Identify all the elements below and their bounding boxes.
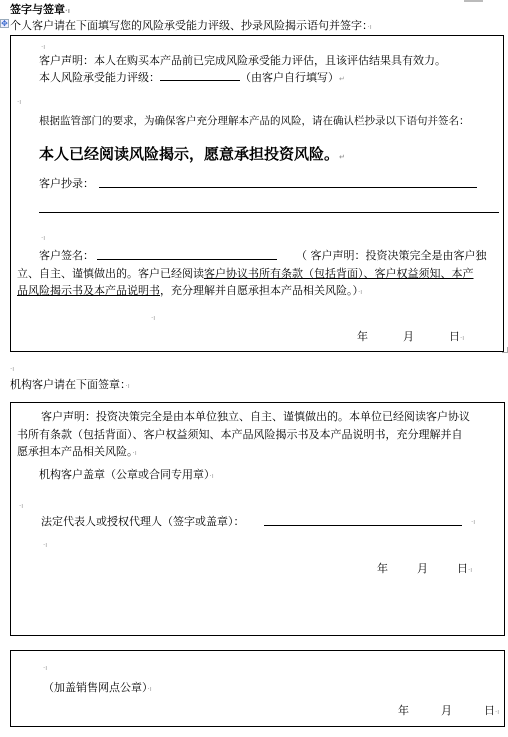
- institution-intro: 机构客户请在下面签章：·ı: [10, 377, 130, 394]
- institution-statement-line-1: 客户声明：投资决策完全是由本单位独立、自主、谨慎做出的。本单位已经阅读客户协议: [41, 409, 470, 424]
- personal-signature-box: ·ı 客户声明：本人在购买本产品前已完成风险承受能力评估，且该评估结果具有效力。…: [10, 35, 504, 352]
- date-year: 年: [357, 329, 368, 344]
- declaration-line-2: 立、自主、谨慎做出的。客户已经阅读客户协议书所有条款（包括背面）、客户权益须知、…: [17, 266, 474, 281]
- copy-field-line-1[interactable]: [99, 187, 477, 188]
- institution-seal-label: 机构客户盖章（公章或合同专用章）·ı: [39, 467, 214, 484]
- date-day: 日·ı: [457, 561, 472, 578]
- para-mark: ·ı: [19, 499, 23, 514]
- declaration-line-3: 品风险揭示书及本产品说明书，充分理解并自愿承担本产品相关风险。）·ı: [17, 283, 362, 300]
- copy-instruction: 根据监管部门的要求，为确保客户充分理解本产品的风险，请在确认栏抄录以下语句并签名…: [39, 114, 470, 129]
- date-year: 年: [377, 561, 388, 576]
- para-mark: ·ı: [151, 311, 155, 326]
- para-mark: ·ı: [471, 515, 475, 530]
- section-heading: 签字与签章·ı: [10, 2, 70, 19]
- institution-statement-line-3: 愿承担本产品相关风险。·ı: [17, 444, 137, 461]
- branch-seal-label: （加盖销售网点公章）·ı: [43, 680, 152, 697]
- ruler-marker: [464, 0, 483, 2]
- para-mark: ·ı: [43, 661, 47, 676]
- institution-statement-line-2: 书所有条款（包括背面）、客户权益须知、本产品风险揭示书及本产品说明书，充分理解并…: [17, 427, 463, 442]
- date-month: 月: [441, 703, 452, 718]
- personal-statement: 客户声明：本人在购买本产品前已完成风险承受能力评估，且该评估结果具有效力。: [39, 53, 446, 68]
- copy-field-line-2[interactable]: [39, 212, 499, 213]
- sign-label: 客户签名：: [39, 248, 94, 263]
- institution-signature-box: 客户声明：投资决策完全是由本单位独立、自主、谨慎做出的。本单位已经阅读客户协议 …: [10, 402, 505, 636]
- table-resize-handle[interactable]: [502, 347, 508, 353]
- date-month: 月: [417, 561, 428, 576]
- branch-seal-box: ·ı （加盖销售网点公章）·ı 年 月 日·ı: [10, 650, 505, 727]
- risk-rating-field[interactable]: [160, 70, 240, 81]
- rep-sign-field[interactable]: [264, 525, 462, 526]
- para-mark: ·ı: [41, 231, 45, 246]
- personal-intro: 个人客户请在下面填写您的风险承受能力评级、抄录风险揭示语句并签字：·ı: [10, 18, 372, 35]
- date-day: 日·ı: [484, 703, 499, 720]
- sign-field[interactable]: [97, 259, 277, 260]
- declaration-line-1: （ 客户声明：投资决策完全是由客户独: [296, 248, 487, 263]
- date-day: 日·ı: [449, 329, 464, 346]
- rep-label: 法定代表人或授权代理人（签字或盖章）：: [41, 514, 245, 529]
- table-move-handle-icon[interactable]: ✥: [0, 19, 9, 28]
- copy-label: 客户抄录：: [39, 176, 94, 191]
- para-mark: ·ı: [10, 362, 14, 377]
- date-month: 月: [403, 329, 414, 344]
- date-year: 年: [398, 703, 409, 718]
- risk-rating-row: 本人风险承受能力评级：（由客户自行填写）↵: [39, 70, 345, 87]
- risk-sentence: 本人已经阅读风险揭示，愿意承担投资风险。↵: [39, 144, 345, 167]
- para-mark: ·ı: [17, 95, 21, 110]
- para-mark: ·ı: [43, 538, 47, 553]
